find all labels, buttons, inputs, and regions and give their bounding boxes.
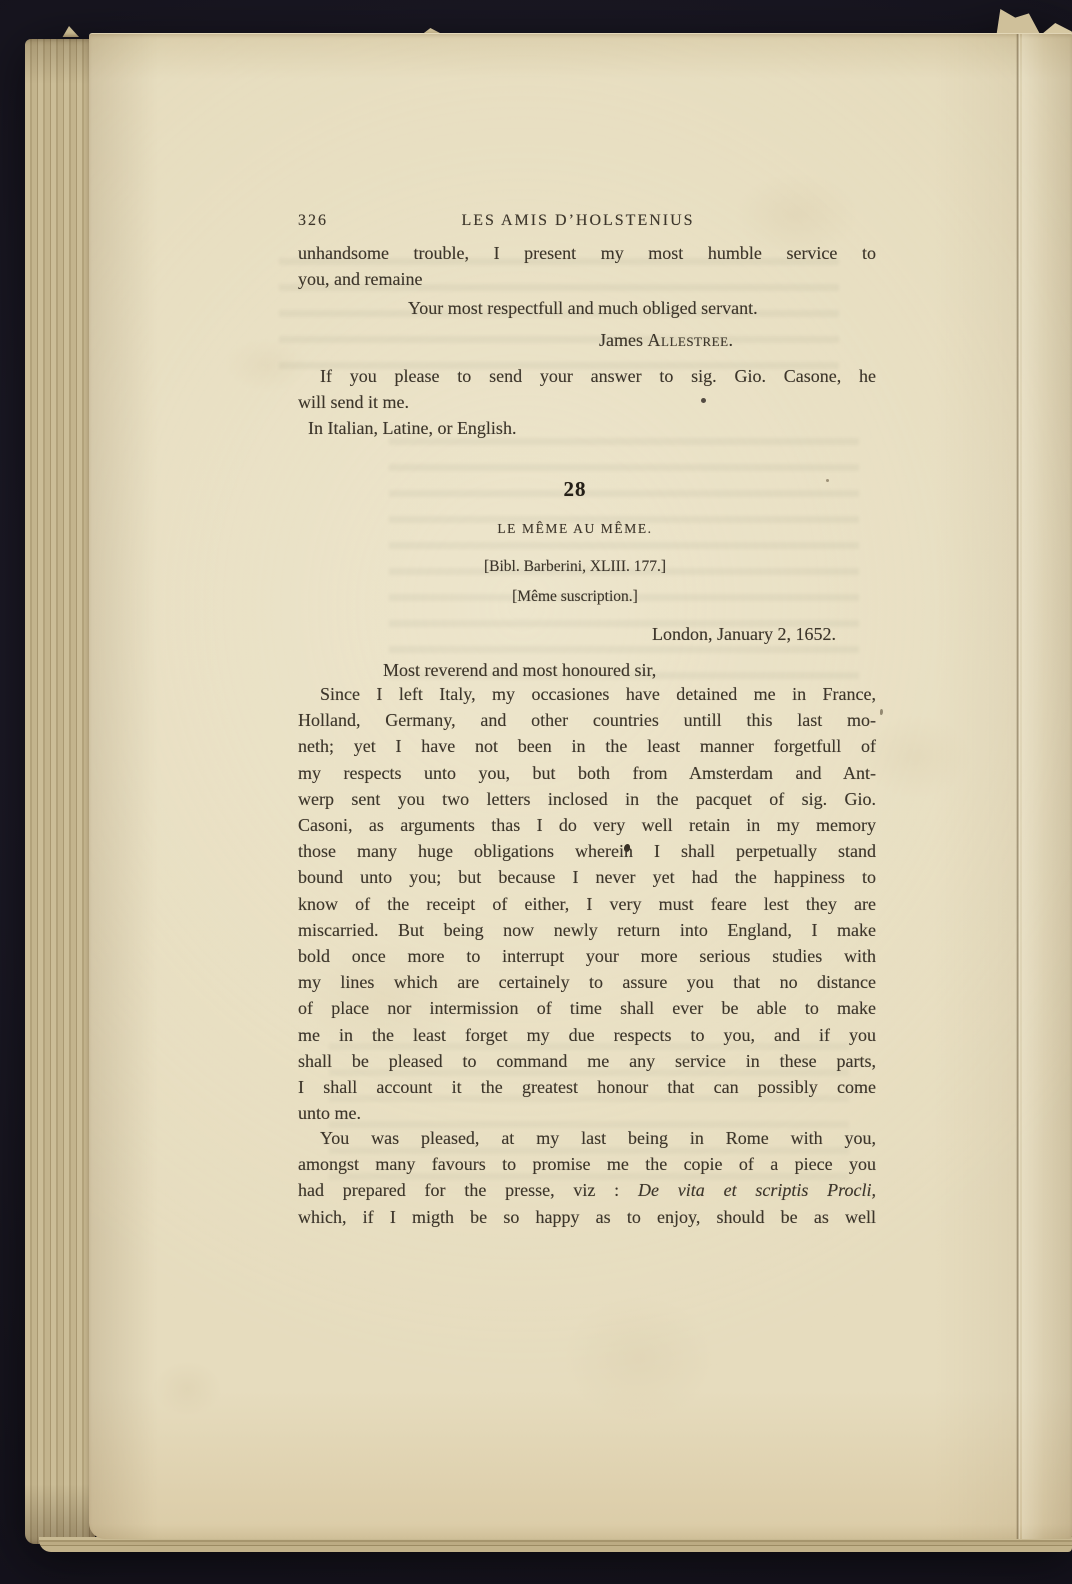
letter-body-line: amongst many favours to promise me the c… [298, 1151, 876, 1177]
book-left-page-edges [25, 39, 95, 1544]
letter-body-line: shall be pleased to command me any servi… [298, 1048, 876, 1074]
letter-postscript: If you please to send your answer to sig… [298, 363, 876, 442]
letter-suscription-note: [Même suscription.] [298, 588, 876, 606]
page-surface: 326 LES AMIS D’HOLSTENIUS unhandsome tro… [89, 33, 1072, 1539]
letter-number-heading: 28 [298, 477, 876, 502]
signature-last-name: Allestree. [648, 330, 734, 350]
letter-body-line: Casoni, as arguments thas I do very well… [298, 812, 876, 838]
letter-body-line: which, if I migth be so happy as to enjo… [298, 1204, 876, 1230]
page-curl-region [1022, 34, 1072, 1539]
letter-body-line: know of the receipt of either, I very mu… [298, 891, 876, 917]
letter-body-line: my respects unto you, but both from Amst… [298, 760, 876, 786]
letter-body-line: will send it me. [298, 389, 876, 415]
letter-body-line: me in the least forget my due respects t… [298, 1022, 876, 1048]
letter-body-line: had prepared for the presse, viz : De vi… [298, 1177, 876, 1203]
letter-dateline: London, January 2, 1652. [298, 624, 876, 645]
letter-body-line: miscarried. But being now newly return i… [298, 917, 876, 943]
letter-body-line: bound unto you; but because I never yet … [298, 864, 876, 890]
letter-title: LE MÊME AU MÊME. [298, 521, 876, 537]
letter-body-line: I shall account it the greatest honour t… [298, 1074, 876, 1100]
letter-closing: Your most respectfull and much obliged s… [408, 298, 876, 319]
italic-latin-title: De vita et scriptis Procli, [638, 1180, 876, 1200]
letter-salutation: Most reverend and most honoured sir, [383, 660, 876, 681]
letter-body-line: Since I left Italy, my occasiones have d… [298, 681, 876, 707]
letter-body-line: bold once more to interrupt your more se… [298, 943, 876, 969]
torn-paper-fragment [59, 26, 79, 37]
page-header: 326 LES AMIS D’HOLSTENIUS [298, 212, 876, 234]
letter-body-line: neth; yet I have not been in the least m… [298, 733, 876, 759]
ink-speck [880, 709, 883, 715]
letter-body-line: you, and remaine [298, 266, 876, 292]
letter-body-line: unhandsome trouble, I present my most hu… [298, 240, 876, 266]
letter-paragraph: Since I left Italy, my occasiones have d… [298, 681, 876, 1126]
letter-body-line: In Italian, Latine, or English. [298, 415, 876, 441]
book: 326 LES AMIS D’HOLSTENIUS unhandsome tro… [25, 33, 1072, 1552]
letter-paragraph: You was pleased, at my last being in Rom… [298, 1125, 876, 1230]
letter-body-line: my lines which are certainely to assure … [298, 969, 876, 995]
running-header: LES AMIS D’HOLSTENIUS [461, 212, 694, 230]
letter-body-line: unto me. [298, 1100, 876, 1126]
signature-first-name: James [599, 330, 648, 350]
letter-body-line: of place nor intermission of time shall … [298, 995, 876, 1021]
letter-body-line: You was pleased, at my last being in Rom… [298, 1125, 876, 1151]
letter-body-line: Holland, Germany, and other countries un… [298, 707, 876, 733]
book-bottom-page-edges [39, 1537, 1072, 1552]
letter-body-line: those many huge obligations wherein I sh… [298, 838, 876, 864]
photo-background: 326 LES AMIS D’HOLSTENIUS unhandsome tro… [0, 0, 1072, 1584]
letter-source-reference: [Bibl. Barberini, XLIII. 177.] [298, 558, 876, 576]
letter-signature: James Allestree. [599, 330, 876, 351]
letter-body-line: If you please to send your answer to sig… [298, 363, 876, 389]
page-crease [1016, 34, 1020, 1539]
page-number: 326 [298, 212, 328, 230]
letter-body-text: had prepared for the presse, viz : [298, 1180, 638, 1200]
letter-body-line: werp sent you two letters inclosed in th… [298, 786, 876, 812]
previous-letter-body: unhandsome trouble, I present my most hu… [298, 240, 876, 292]
